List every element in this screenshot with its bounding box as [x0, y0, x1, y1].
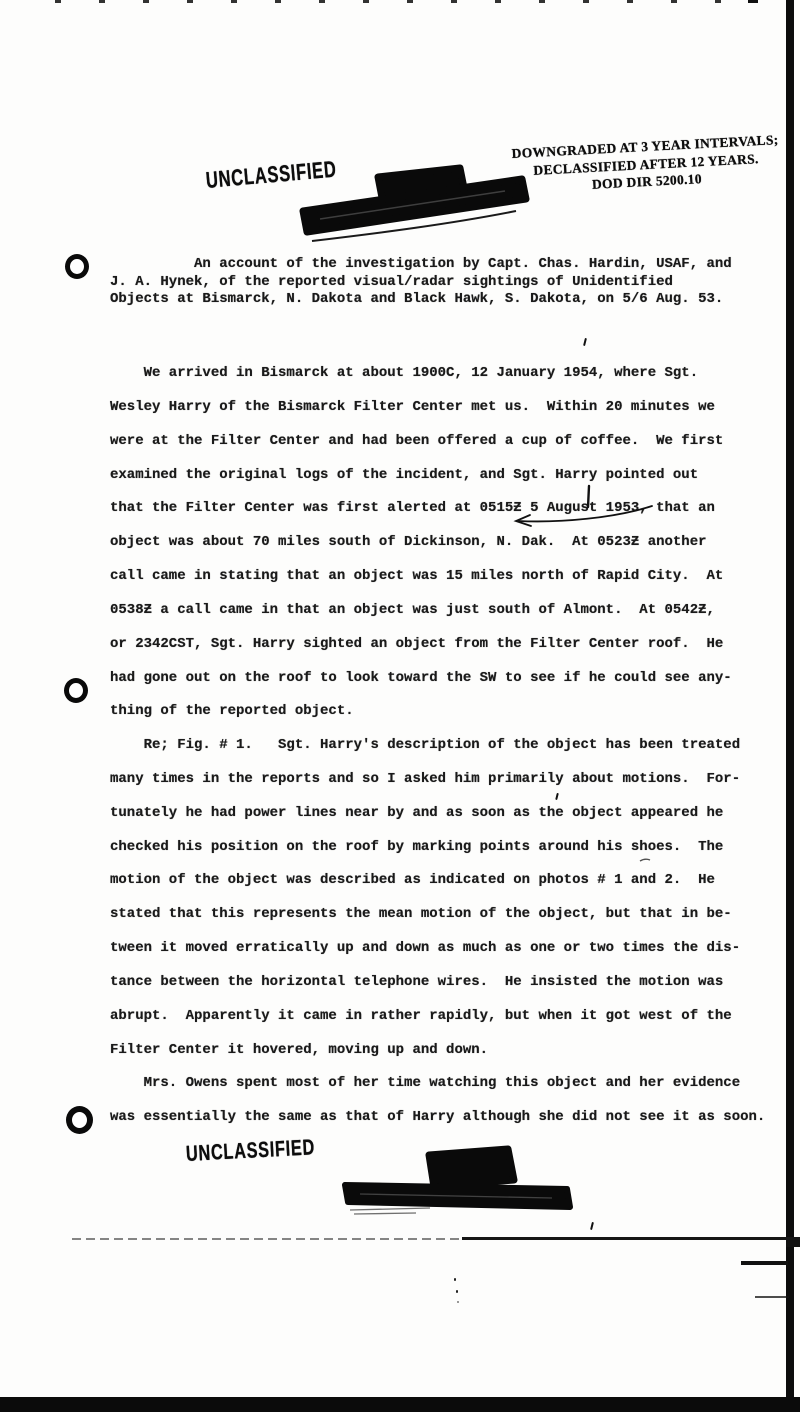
text-line: An account of the investigation by Capt.…	[110, 256, 732, 274]
text-line: was essentially the same as that of Harr…	[110, 1101, 765, 1135]
paragraph-arrival: We arrived in Bismarck at about 1900C, 1…	[110, 357, 732, 729]
text-line: stated that this represents the mean mot…	[110, 898, 740, 932]
edge-dash	[741, 1261, 788, 1265]
text-line: checked his position on the roof by mark…	[110, 831, 740, 865]
text-line: Filter Center it hovered, moving up and …	[110, 1034, 740, 1068]
paragraph-owens: Mrs. Owens spent most of her time watchi…	[110, 1067, 765, 1135]
text-line: or 2342CST, Sgt. Harry sighted an object…	[110, 628, 732, 662]
text-line: motion of the object was described as in…	[110, 864, 740, 898]
speck	[454, 1278, 456, 1281]
text-line: tance between the horizontal telephone w…	[110, 966, 740, 1000]
paragraph-fig1: Re; Fig. # 1. Sgt. Harry's description o…	[110, 729, 740, 1067]
top-edge-perforation-ticks	[55, 0, 725, 3]
text-line: tween it moved erratically up and down a…	[110, 932, 740, 966]
text-line: that the Filter Center was first alerted…	[110, 492, 732, 526]
redaction-blob-top-box	[378, 168, 466, 208]
speck	[456, 1290, 458, 1293]
text-line: object was about 70 miles south of Dicki…	[110, 526, 732, 560]
redaction-blob-top-streak	[320, 191, 505, 219]
right-scan-edge-bar	[786, 0, 794, 1412]
edge-dash	[755, 1296, 789, 1298]
unclassified-stamp-bottom: UNCLASSIFIED	[185, 1134, 315, 1167]
punch-hole	[64, 678, 88, 703]
fold-line	[462, 1237, 800, 1240]
text-line: 0538Ƶ a call came in that an object was …	[110, 594, 732, 628]
text-line: tunately he had power lines near by and …	[110, 797, 740, 831]
speck	[457, 1301, 459, 1303]
text-line: abrupt. Apparently it came in rather rap…	[110, 1000, 740, 1034]
redaction-blob-bottom-underline	[350, 1208, 430, 1214]
text-line: examined the original logs of the incide…	[110, 459, 732, 493]
text-line: Objects at Bismarck, N. Dakota and Black…	[110, 291, 732, 309]
text-line: J. A. Hynek, of the reported visual/rada…	[110, 274, 732, 292]
text-line: Mrs. Owens spent most of her time watchi…	[110, 1067, 765, 1101]
text-line: We arrived in Bismarck at about 1900C, 1…	[110, 357, 732, 391]
text-line: Re; Fig. # 1. Sgt. Harry's description o…	[110, 729, 740, 763]
redaction-blob-bottom-box	[429, 1149, 514, 1187]
redaction-blob-bottom-streak	[360, 1194, 552, 1198]
downgrade-stamp: DOWNGRADED AT 3 YEAR INTERVALS; DECLASSI…	[495, 130, 797, 198]
pen-mark-apostrophe	[590, 1222, 594, 1230]
scanned-document-page: UNCLASSIFIED DOWNGRADED AT 3 YEAR INTERV…	[0, 0, 800, 1412]
redaction-blob-top-bar	[303, 179, 526, 232]
bottom-scan-edge-bar	[0, 1397, 800, 1412]
unclassified-stamp-top: UNCLASSIFIED	[205, 156, 338, 194]
punch-hole	[65, 254, 89, 279]
top-edge-perforation-ticks	[748, 0, 758, 3]
fold-line-end	[786, 1240, 800, 1247]
text-line: had gone out on the roof to look toward …	[110, 662, 732, 696]
text-line: were at the Filter Center and had been o…	[110, 425, 732, 459]
pen-mark-apostrophe	[583, 338, 587, 346]
redaction-blob-bottom-bar	[345, 1185, 570, 1207]
text-line: Wesley Harry of the Bismarck Filter Cent…	[110, 391, 732, 425]
text-line: thing of the reported object.	[110, 695, 732, 729]
redaction-blob-top-underline	[312, 211, 516, 241]
text-line: call came in stating that an object was …	[110, 560, 732, 594]
punch-hole	[66, 1106, 93, 1134]
text-line: many times in the reports and so I asked…	[110, 763, 740, 797]
fold-line	[72, 1238, 467, 1240]
intro-paragraph: An account of the investigation by Capt.…	[110, 256, 732, 309]
